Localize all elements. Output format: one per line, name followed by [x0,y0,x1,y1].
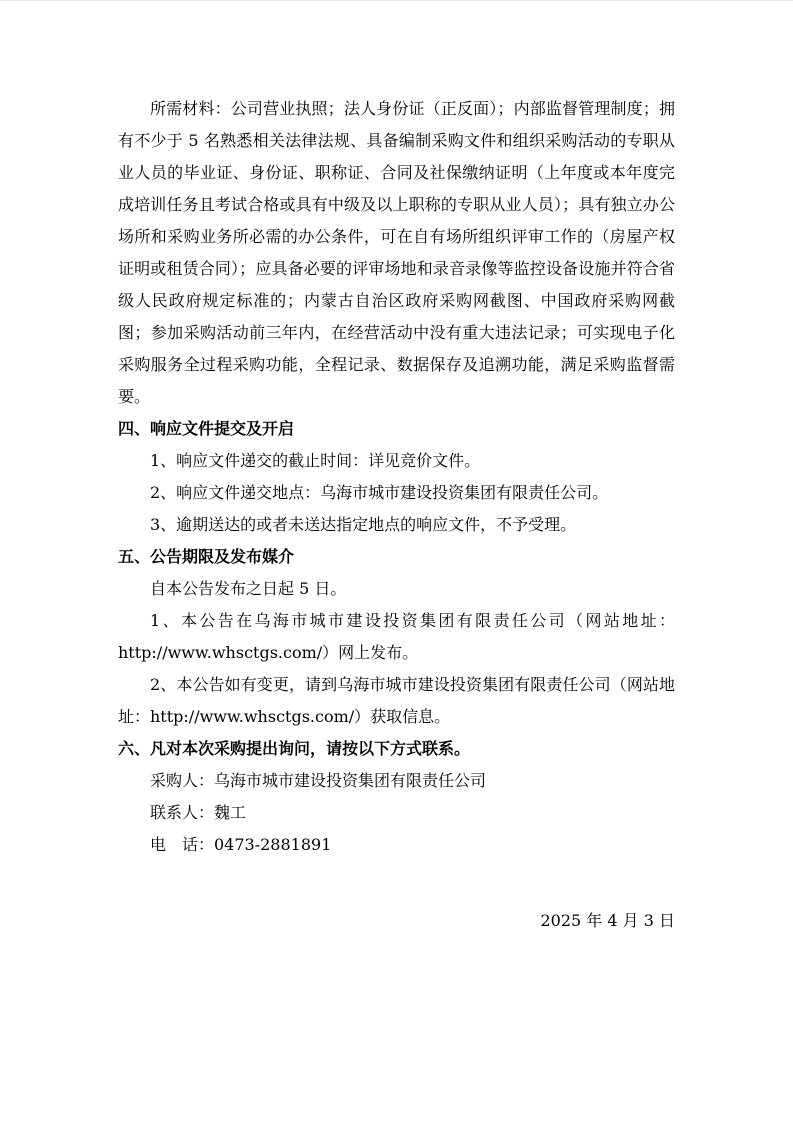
section-4-item-3: 3、逾期送达的或者未送达指定地点的响应文件，不予受理。 [118,509,675,541]
contact-purchaser-line: 采购人：乌海市城市建设投资集团有限责任公司 [118,765,675,797]
section-5-item-2: 2、本公告如有变更，请到乌海市城市建设投资集团有限责任公司（网站地址：http:… [118,669,675,733]
contact-phone-line: 电 话：0473-2881891 [118,829,675,861]
section-5-intro: 自本公告发布之日起 5 日。 [118,573,675,605]
section-5-heading: 五、公告期限及发布媒介 [118,541,675,573]
section-4-item-2: 2、响应文件递交地点：乌海市城市建设投资集团有限责任公司。 [118,477,675,509]
notice-body: 所需材料：公司营业执照；法人身份证（正反面）；内部监督管理制度；拥有不少于 5 … [118,93,675,937]
required-materials-paragraph: 所需材料：公司营业执照；法人身份证（正反面）；内部监督管理制度；拥有不少于 5 … [118,93,675,413]
notice-date: 2025 年 4 月 3 日 [118,905,675,937]
section-4-item-1: 1、响应文件递交的截止时间：详见竞价文件。 [118,445,675,477]
section-6-heading: 六、凡对本次采购提出询问，请按以下方式联系。 [118,733,675,765]
section-5-item-1: 1、本公告在乌海市城市建设投资集团有限责任公司（网站地址：http://www.… [118,605,675,669]
section-4-heading: 四、响应文件提交及开启 [118,413,675,445]
contact-person-line: 联系人：魏工 [118,797,675,829]
document-page: 所需材料：公司营业执照；法人身份证（正反面）；内部监督管理制度；拥有不少于 5 … [0,0,793,1122]
